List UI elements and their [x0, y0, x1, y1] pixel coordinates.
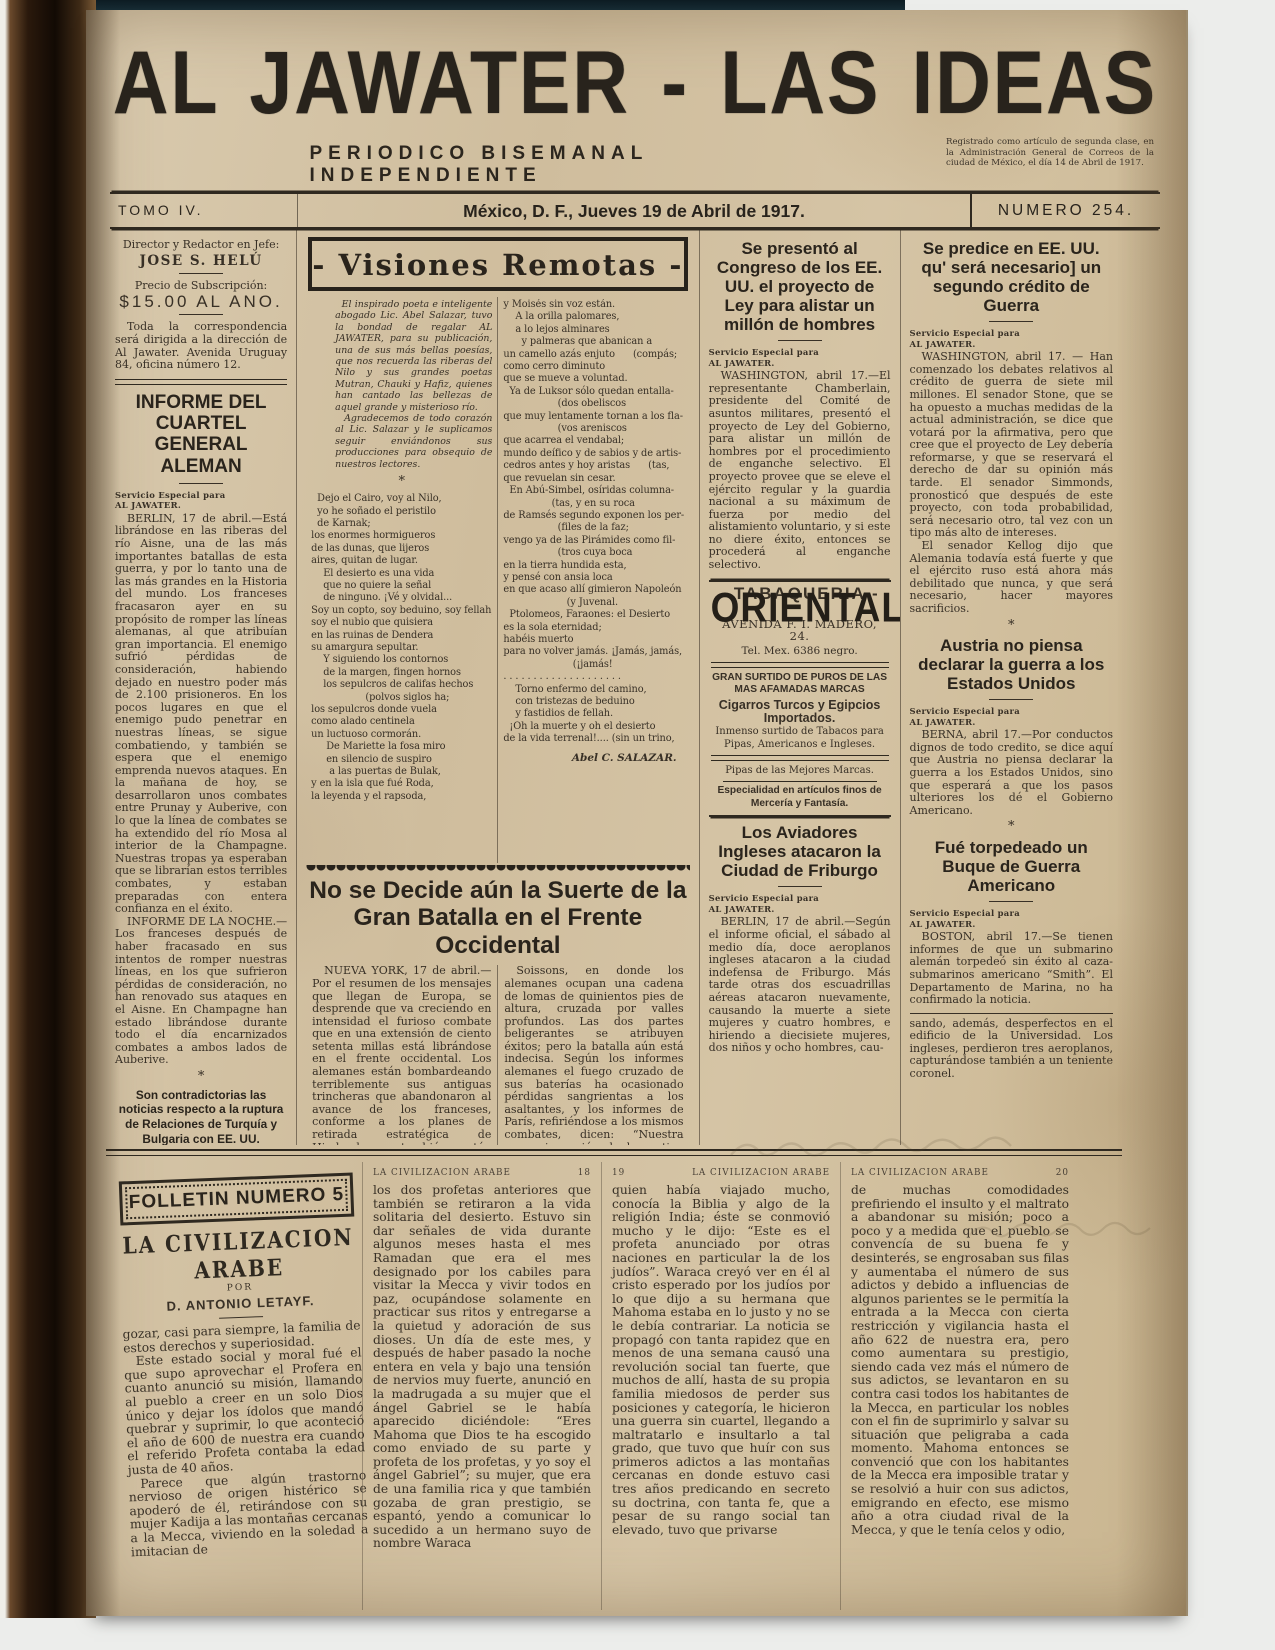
thin-rule: [723, 781, 877, 782]
ad-line: Cigarros Turcos y Egipcios Importados.: [711, 699, 889, 724]
tomo-label: TOMO IV.: [110, 194, 298, 227]
service-credit: Servicio Especial para AL JAWATER.: [115, 490, 287, 511]
folletin-column: LA CIVILIZACION ARABE 18 los dos profeta…: [362, 1162, 601, 1610]
page-number: 18: [578, 1168, 591, 1178]
divider: [778, 340, 822, 341]
service-credit: Servicio Especial para AL JAWATER.: [910, 706, 1113, 727]
folletin-paragraph: Parece que algún trastorno nervioso de o…: [128, 1469, 369, 1560]
asterisk-separator: *: [910, 821, 1113, 834]
director-label: Director y Redactor en Jefe:: [115, 239, 287, 252]
correspondence-note: Toda la correspondencia será dirigida a …: [115, 321, 287, 371]
headline-aviadores: Los Aviadores Ingleses atacaron la Ciuda…: [709, 823, 891, 880]
wavy-rule: [306, 865, 689, 873]
poem-introduction: El inspirado poeta e inteligente abogado…: [311, 299, 492, 470]
poem-text-right: y Moisés sin voz están. A la orilla palo…: [503, 299, 684, 746]
article-body: WASHINGTON, abril 17.—El representante C…: [709, 370, 891, 572]
dateline: México, D. F., Jueves 19 de Abril de 191…: [298, 194, 970, 227]
folletin-number-box: FOLLETIN NUMERO 5: [119, 1173, 355, 1226]
folletin-section: FOLLETIN NUMERO 5 LA CIVILIZACION ARABE …: [106, 1162, 1122, 1610]
headline-buque: Fué torpedeado un Buque de Guerra Americ…: [910, 838, 1113, 895]
masthead: AL JAWATER - LAS IDEAS PERIODICO BISEMAN…: [86, 10, 1186, 229]
main-columns: Director y Redactor en Jefe: JOSE S. HEL…: [106, 229, 1122, 1145]
issue-number: NUMERO 254.: [970, 194, 1160, 227]
article-body: Soissons, en donde los alemanes ocupan u…: [497, 965, 689, 1145]
headline-turquia: Son contradictorias las noticias respect…: [115, 1088, 287, 1145]
batalla-columns: NUEVA YORK, 17 de abril.—Por el resumen …: [306, 965, 689, 1145]
article-body: BERLIN, 17 de abril.—Está librándose en …: [115, 513, 287, 916]
column-center: - Visiones Remotas - El inspirado poeta …: [296, 229, 698, 1145]
folletin-text: los dos profetas anteriores que también …: [373, 1184, 591, 1551]
divider: [989, 901, 1033, 902]
ad-phone: Tel. Mex. 6386 negro.: [711, 645, 889, 658]
masthead-subrow: PERIODICO BISEMANAL INDEPENDIENTE Regist…: [110, 137, 1160, 189]
page-number: 20: [1056, 1168, 1069, 1178]
service-credit: Servicio Especial para AL JAWATER.: [910, 328, 1113, 349]
article-body: BERNA, abril 17.—Por conductos dignos de…: [910, 729, 1113, 817]
article-body: NUEVA YORK, 17 de abril.—Por el resumen …: [306, 965, 497, 1145]
running-head: LA CIVILIZACION ARABE 20: [851, 1168, 1069, 1178]
date-band: TOMO IV. México, D. F., Jueves 19 de Abr…: [110, 192, 1160, 229]
ad-line: Pipas de las Mejores Marcas.: [711, 765, 889, 778]
headline-credito: Se predice en EE. UU. qu' será necesario…: [910, 239, 1113, 315]
article-body: INFORME DE LA NOCHE.—Los franceses despu…: [115, 916, 287, 1067]
article-body: BOSTON, abril 17.—Se tienen informes de …: [910, 931, 1113, 1007]
ad-line: Inmenso surtido de Tabacos para Pipas, A…: [711, 726, 889, 751]
running-head: 19 LA CIVILIZACION ARABE: [612, 1168, 830, 1178]
director-name: JOSE S. HELÚ: [115, 255, 287, 268]
folletin-text: quien había viajado mucho, conocía la Bi…: [612, 1184, 830, 1537]
double-rule: [115, 379, 287, 385]
poem-signature: Abel C. SALAZAR.: [503, 752, 684, 764]
divider: [179, 314, 223, 315]
book-spine: [0, 0, 96, 1618]
double-rule: [711, 662, 889, 668]
headline-batalla: No se Decide aún la Suerte de la Gran Ba…: [306, 877, 689, 959]
column-four: Se presentó al Congreso de los EE. UU. e…: [699, 229, 900, 1145]
folletin-text: de muchas comodidades prefiriendo el ins…: [851, 1184, 1069, 1537]
price-label: Precio de Subscripción:: [115, 280, 287, 293]
article-body: BERLIN, 17 de abril.—Según el informe of…: [709, 916, 891, 1055]
divider: [778, 886, 822, 887]
ad-store-name: ORIENTAL: [711, 601, 889, 615]
running-head-title: LA CIVILIZACION ARABE: [851, 1168, 989, 1178]
article-body: El senador Kellog dijo que Alemania toda…: [910, 540, 1113, 616]
asterisk-separator: *: [910, 620, 1113, 633]
asterisk-separator: *: [311, 474, 492, 489]
column-left: Director y Redactor en Jefe: JOSE S. HEL…: [106, 229, 296, 1145]
tobacco-ad: - TABAQUERIA - ORIENTAL AVENIDA F. I. MA…: [709, 580, 891, 818]
poem-text-left: Dejo el Cairo, voy al Nilo, yo he soñado…: [311, 493, 492, 803]
running-head-title: LA CIVILIZACION ARABE: [373, 1168, 511, 1178]
folletin-column: 19 LA CIVILIZACION ARABE quien había via…: [601, 1162, 840, 1610]
newspaper-title: AL JAWATER - LAS IDEAS: [110, 32, 1160, 135]
divider: [989, 699, 1033, 700]
divider: [179, 483, 223, 484]
newspaper-page: AL JAWATER - LAS IDEAS PERIODICO BISEMAN…: [86, 10, 1188, 1616]
registration-note: Registrado como artículo de segunda clas…: [946, 137, 1154, 169]
thin-rule: [910, 1013, 1113, 1014]
divider: [989, 321, 1033, 322]
section-rule: [106, 1149, 1122, 1156]
asterisk-separator: *: [115, 1071, 287, 1084]
headline-informe: INFORME DEL CUARTEL GENERAL ALEMAN: [115, 392, 287, 477]
service-credit: Servicio Especial para AL JAWATER.: [910, 908, 1113, 929]
subscription-price: $15.00 AL ANO.: [115, 296, 287, 309]
folletin-paragraph: Este estado social y moral fué el que su…: [123, 1347, 366, 1478]
column-right: Se predice en EE. UU. qu' será necesario…: [900, 229, 1122, 1145]
folletin-column: LA CIVILIZACION ARABE 20 de muchas comod…: [840, 1162, 1079, 1610]
ad-line: Especialidad en artículos finos de Merce…: [711, 785, 889, 811]
article-continuation: sando, además, desperfectos en el edific…: [910, 1018, 1113, 1081]
folletin-intro-column: FOLLETIN NUMERO 5 LA CIVILIZACION ARABE …: [106, 1162, 379, 1610]
newspaper-subtitle: PERIODICO BISEMANAL INDEPENDIENTE: [310, 143, 835, 187]
service-credit: Servicio Especial para AL JAWATER.: [709, 893, 891, 914]
folletin-title: LA CIVILIZACION ARABE: [119, 1223, 359, 1287]
divider: [219, 1316, 263, 1319]
article-body: WASHINGTON, abril 17. — Han comenzado lo…: [910, 351, 1113, 540]
poem-column-left: El inspirado poeta e inteligente abogado…: [306, 297, 497, 863]
poem-columns: El inspirado poeta e inteligente abogado…: [306, 297, 689, 863]
double-rule: [711, 755, 889, 761]
page-number: 19: [612, 1168, 625, 1178]
poem-column-right: y Moisés sin voz están. A la orilla palo…: [497, 297, 689, 863]
headline-austria: Austria no piensa declarar la guerra a l…: [910, 636, 1113, 693]
running-head-title: LA CIVILIZACION ARABE: [692, 1168, 830, 1178]
ad-line: GRAN SURTIDO DE PUROS DE LAS MAS AFAMADA…: [711, 672, 889, 698]
divider: [179, 273, 223, 274]
poem-title-box: - Visiones Remotas -: [308, 237, 687, 291]
running-head: LA CIVILIZACION ARABE 18: [373, 1168, 591, 1178]
headline-congreso: Se presentó al Congreso de los EE. UU. e…: [709, 239, 891, 334]
folletin-text: gozar, casi para siempre, la familia de …: [122, 1319, 369, 1559]
service-credit: Servicio Especial para AL JAWATER.: [709, 347, 891, 368]
